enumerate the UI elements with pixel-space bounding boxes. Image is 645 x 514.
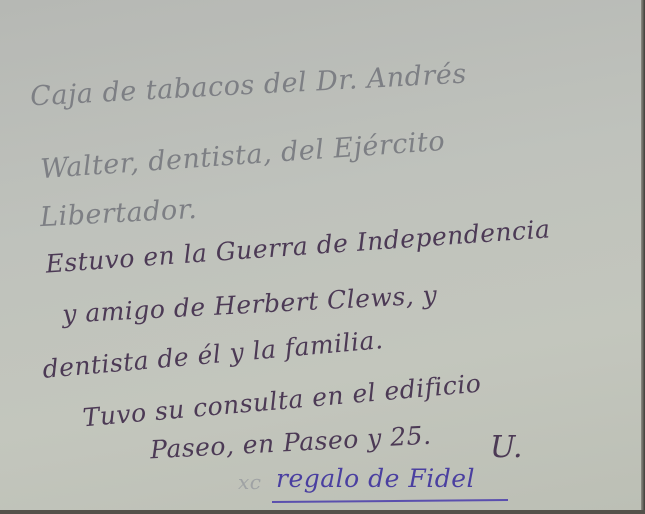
signature-mark: U. (490, 430, 523, 465)
pencil-line-1: Caja de tabacos del Dr. Andrés (29, 59, 467, 113)
ink-line-5: Paseo, en Paseo y 25. (149, 421, 432, 465)
ink-line-3: dentista de él y la familia. (41, 325, 384, 384)
paper-edge-bottom (0, 510, 645, 514)
handwritten-note-paper: Caja de tabacos del Dr. Andrés Walter, d… (0, 0, 641, 510)
pencil-line-3: Libertador. (39, 194, 198, 233)
faint-mark: xc (238, 470, 261, 494)
pencil-line-2: Walter, dentista, del Ejército (39, 126, 446, 185)
blue-annotation: regalo de Fidel (276, 464, 475, 493)
paper-edge-right (641, 0, 645, 514)
blue-underline (272, 499, 508, 503)
ink-line-2: y amigo de Herbert Clews, y (61, 280, 437, 329)
